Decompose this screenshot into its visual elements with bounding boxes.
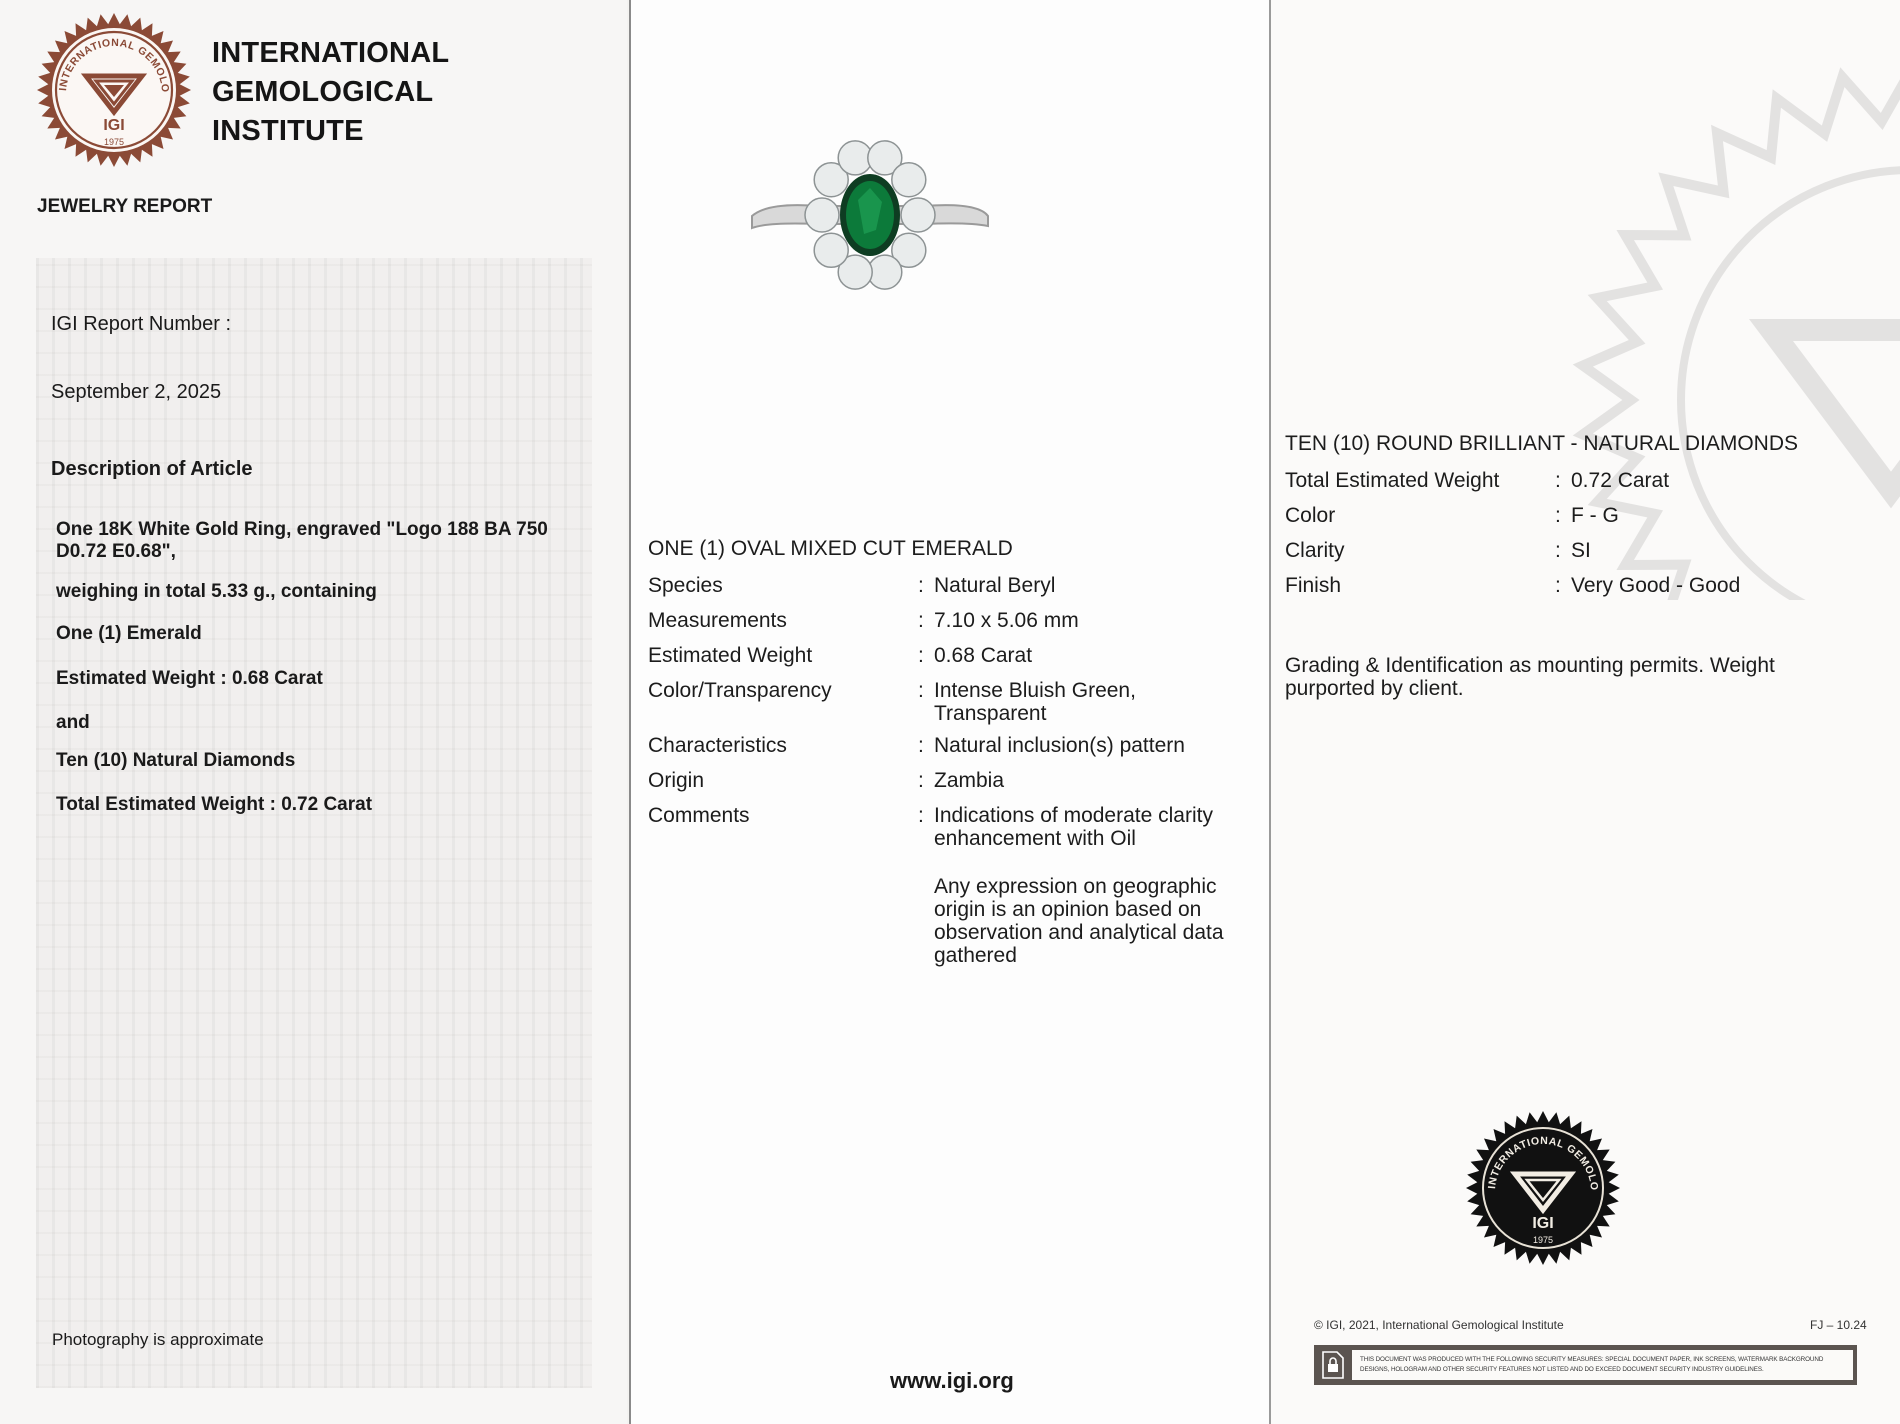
emerald-row-origin: Origin : Zambia bbox=[648, 769, 1244, 792]
diamond-row-weight: Total Estimated Weight : 0.72 Carat bbox=[1285, 469, 1871, 492]
igi-hologram-seal: INTERNATIONAL GEMOLOGICAL INSTITUTE IGI … bbox=[1465, 1110, 1621, 1266]
diamond-row-finish: Finish : Very Good - Good bbox=[1285, 574, 1871, 597]
security-notice: THIS DOCUMENT WAS PRODUCED WITH THE FOLL… bbox=[1314, 1345, 1857, 1385]
diamonds-heading: TEN (10) ROUND BRILLIANT - NATURAL DIAMO… bbox=[1285, 432, 1798, 455]
diamond-details-panel: TEN (10) ROUND BRILLIANT - NATURAL DIAMO… bbox=[1269, 0, 1900, 1424]
form-number: FJ – 10.24 bbox=[1810, 1318, 1867, 1332]
emerald-row-comments: Comments : Indications of moderate clari… bbox=[648, 804, 1244, 850]
report-type: JEWELRY REPORT bbox=[37, 196, 212, 218]
grading-note: Grading & Identification as mounting per… bbox=[1285, 654, 1825, 700]
svg-text:1975: 1975 bbox=[1533, 1235, 1553, 1245]
report-cover-panel: INTERNATIONAL GEMOLOGICAL INSTITUTE IGI … bbox=[0, 0, 627, 1424]
svg-text:1975: 1975 bbox=[104, 137, 124, 147]
description-line: One 18K White Gold Ring, engraved "Logo … bbox=[56, 519, 576, 563]
description-heading: Description of Article bbox=[51, 458, 253, 480]
igi-seal-logo: INTERNATIONAL GEMOLOGICAL INSTITUTE IGI … bbox=[36, 12, 192, 168]
svg-text:IGI: IGI bbox=[1532, 1215, 1553, 1232]
institute-name: INTERNATIONAL GEMOLOGICAL INSTITUTE bbox=[212, 34, 449, 151]
emerald-row-measurements: Measurements : 7.10 x 5.06 mm bbox=[648, 609, 1244, 632]
report-date: September 2, 2025 bbox=[51, 381, 221, 404]
description-line: and bbox=[56, 712, 90, 734]
ring-photo bbox=[748, 130, 992, 300]
description-line: Total Estimated Weight : 0.72 Carat bbox=[56, 794, 372, 816]
emerald-row-characteristics: Characteristics : Natural inclusion(s) p… bbox=[648, 734, 1244, 757]
photography-note: Photography is approximate bbox=[52, 1330, 264, 1350]
description-line: One (1) Emerald bbox=[56, 623, 202, 645]
diamond-row-color: Color : F - G bbox=[1285, 504, 1871, 527]
origin-opinion-note: Any expression on geographic origin is a… bbox=[934, 875, 1244, 967]
description-line: weighing in total 5.33 g., containing bbox=[56, 581, 377, 603]
emerald-row-species: Species : Natural Beryl bbox=[648, 574, 1244, 597]
emerald-row-weight: Estimated Weight : 0.68 Carat bbox=[648, 644, 1244, 667]
description-line: Ten (10) Natural Diamonds bbox=[56, 750, 295, 772]
report-number-label: IGI Report Number : bbox=[51, 313, 231, 336]
lock-icon bbox=[1318, 1349, 1348, 1381]
emerald-details-panel: ONE (1) OVAL MIXED CUT EMERALD Species :… bbox=[629, 0, 1269, 1424]
security-text: THIS DOCUMENT WAS PRODUCED WITH THE FOLL… bbox=[1352, 1350, 1853, 1380]
security-background-pattern bbox=[36, 258, 592, 1388]
emerald-heading: ONE (1) OVAL MIXED CUT EMERALD bbox=[648, 537, 1013, 560]
description-line: Estimated Weight : 0.68 Carat bbox=[56, 668, 323, 690]
diamond-row-clarity: Clarity : SI bbox=[1285, 539, 1871, 562]
copyright-text: © IGI, 2021, International Gemological I… bbox=[1314, 1318, 1564, 1332]
website-link[interactable]: www.igi.org bbox=[890, 1368, 1014, 1394]
emerald-row-color: Color/Transparency : Intense Bluish Gree… bbox=[648, 679, 1174, 725]
svg-text:IGI: IGI bbox=[103, 117, 124, 134]
